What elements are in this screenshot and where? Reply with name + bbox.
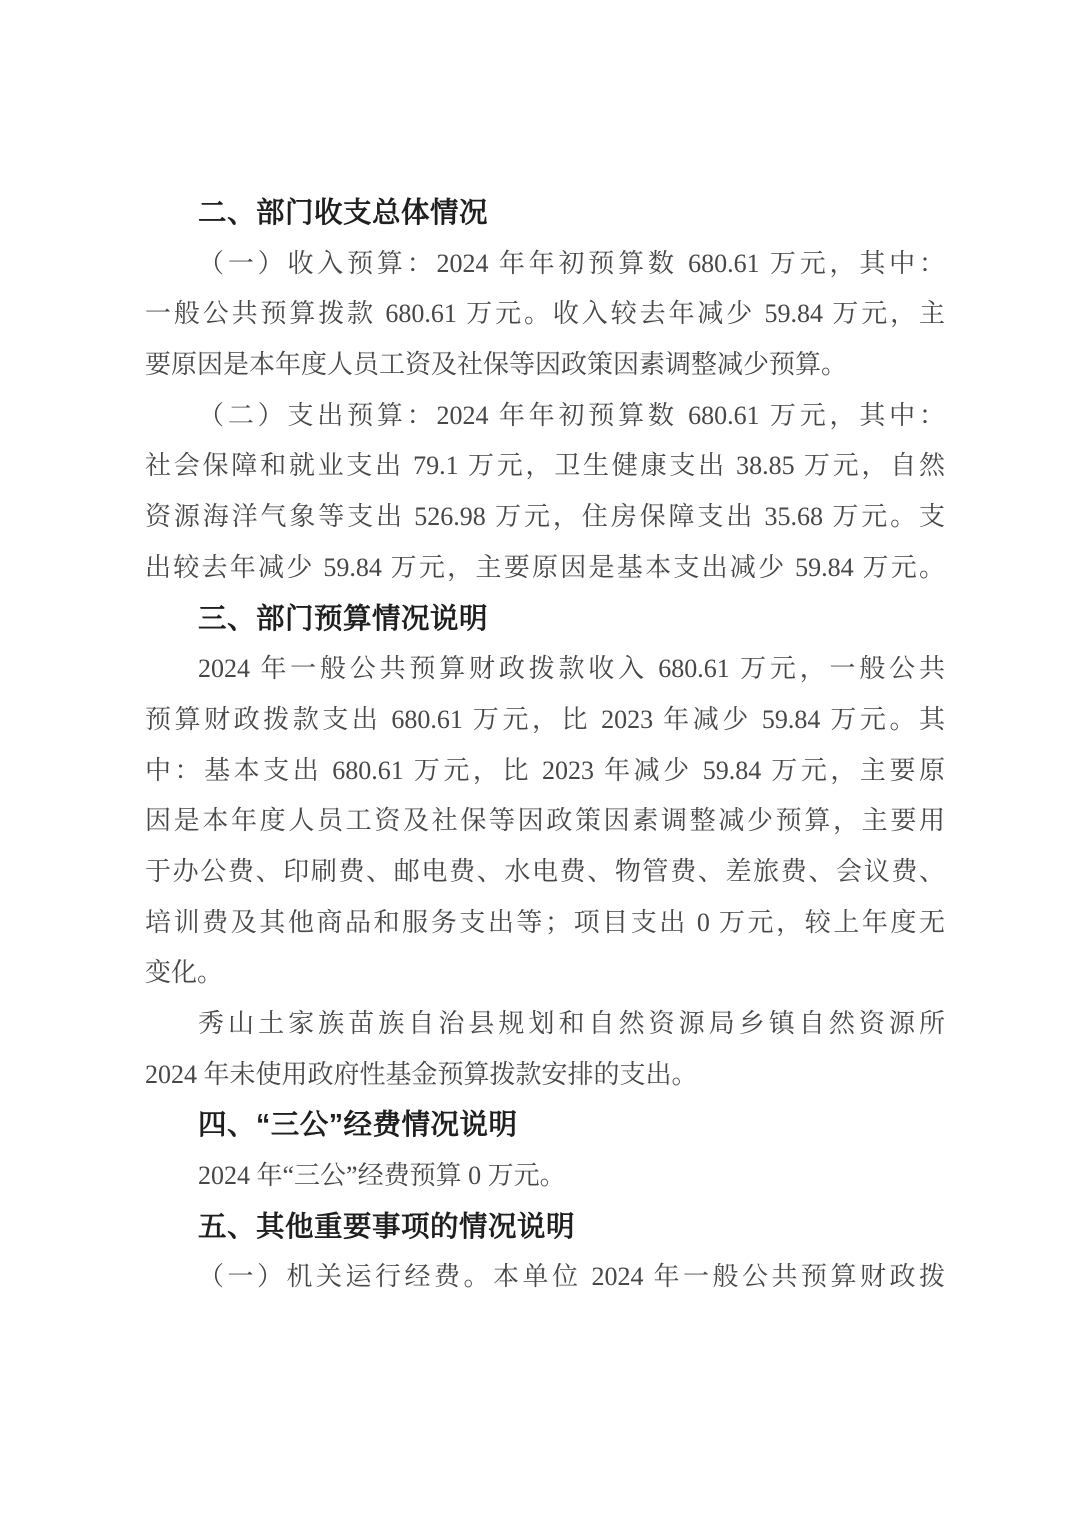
expenditure-budget-line-4: 出较去年减少 59.84 万元，主要原因是基本支出减少 59.84 万元。 xyxy=(145,543,945,594)
income-budget-line-3: 要原因是本年度人员工资及社保等因政策因素调整减少预算。 xyxy=(145,340,945,391)
budget-explanation-line-4: 因是本年度人员工资及社保等因政策因素调整减少预算，主要用 xyxy=(145,796,945,847)
agency-operating-funds-line: （一）机关运行经费。本单位 2024 年一般公共预算财政拨 xyxy=(145,1252,945,1303)
budget-explanation-line-1: 2024 年一般公共预算财政拨款收入 680.61 万元，一般公共 xyxy=(145,644,945,695)
expenditure-budget-line-2: 社会保障和就业支出 79.1 万元，卫生健康支出 38.85 万元，自然 xyxy=(145,441,945,492)
section-4-heading: 四、“三公”经费情况说明 xyxy=(145,1100,945,1151)
section-3-heading: 三、部门预算情况说明 xyxy=(145,594,945,645)
income-budget-line-1: （一）收入预算：2024 年年初预算数 680.61 万元，其中： xyxy=(145,239,945,290)
budget-explanation-line-3: 中：基本支出 680.61 万元，比 2023 年减少 59.84 万元，主要原 xyxy=(145,746,945,797)
budget-explanation-line-5: 于办公费、印刷费、邮电费、水电费、物管费、差旅费、会议费、 xyxy=(145,847,945,898)
budget-explanation-line-2: 预算财政拨款支出 680.61 万元，比 2023 年减少 59.84 万元。其 xyxy=(145,695,945,746)
expenditure-budget-line-1: （二）支出预算：2024 年年初预算数 680.61 万元，其中： xyxy=(145,391,945,442)
expenditure-budget-line-3: 资源海洋气象等支出 526.98 万元，住房保障支出 35.68 万元。支 xyxy=(145,492,945,543)
income-budget-line-2: 一般公共预算拨款 680.61 万元。收入较去年减少 59.84 万元，主 xyxy=(145,289,945,340)
government-fund-line-2: 2024 年未使用政府性基金预算拨款安排的支出。 xyxy=(145,1050,945,1101)
document-page: 二、部门收支总体情况 （一）收入预算：2024 年年初预算数 680.61 万元… xyxy=(0,0,1074,1520)
budget-explanation-line-7: 变化。 xyxy=(145,948,945,999)
document-body: 二、部门收支总体情况 （一）收入预算：2024 年年初预算数 680.61 万元… xyxy=(145,188,945,1303)
government-fund-line-1: 秀山土家族苗族自治县规划和自然资源局乡镇自然资源所 xyxy=(145,999,945,1050)
section-5-heading: 五、其他重要事项的情况说明 xyxy=(145,1202,945,1253)
three-public-funds-line: 2024 年“三公”经费预算 0 万元。 xyxy=(145,1151,945,1202)
budget-explanation-line-6: 培训费及其他商品和服务支出等；项目支出 0 万元，较上年度无 xyxy=(145,898,945,949)
section-2-heading: 二、部门收支总体情况 xyxy=(145,188,945,239)
